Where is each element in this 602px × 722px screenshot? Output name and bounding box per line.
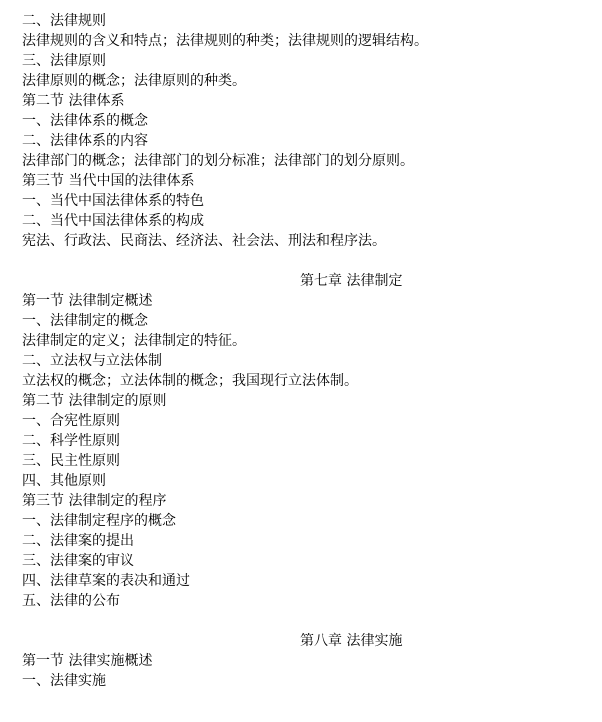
document-line: 法律原则的概念；法律原则的种类。 <box>22 71 594 91</box>
document-line: 一、法律制定程序的概念 <box>22 511 594 531</box>
chapter-heading: 第七章 法律制定 <box>22 271 594 291</box>
document-line: 三、民主性原则 <box>22 451 594 471</box>
document-line: 法律规则的含义和特点；法律规则的种类；法律规则的逻辑结构。 <box>22 31 594 51</box>
document-line: 二、法律规则 <box>22 11 594 31</box>
document-line: 第二节 法律制定的原则 <box>22 391 594 411</box>
document-line: 第三节 法律制定的程序 <box>22 491 594 511</box>
document-line: 宪法、行政法、民商法、经济法、社会法、刑法和程序法。 <box>22 231 594 251</box>
blank-line <box>22 611 594 631</box>
document-line: 三、法律原则 <box>22 51 594 71</box>
document-line: 二、法律案的提出 <box>22 531 594 551</box>
document-line: 一、合宪性原则 <box>22 411 594 431</box>
document-line: 一、当代中国法律体系的特色 <box>22 191 594 211</box>
blank-line <box>22 251 594 271</box>
document-line: 第三节 当代中国的法律体系 <box>22 171 594 191</box>
document-line: 法律制定的定义；法律制定的特征。 <box>22 331 594 351</box>
document-line: 二、法律体系的内容 <box>22 131 594 151</box>
document-line: 第一节 法律实施概述 <box>22 651 594 671</box>
document-line: 一、法律体系的概念 <box>22 111 594 131</box>
chapter-heading: 第八章 法律实施 <box>22 631 594 651</box>
document-line: 三、法律案的审议 <box>22 551 594 571</box>
document-lines: 二、法律规则法律规则的含义和特点；法律规则的种类；法律规则的逻辑结构。三、法律原… <box>22 11 594 691</box>
document-line: 立法权的概念；立法体制的概念；我国现行立法体制。 <box>22 371 594 391</box>
document-page: 二、法律规则法律规则的含义和特点；法律规则的种类；法律规则的逻辑结构。三、法律原… <box>0 0 602 722</box>
document-line: 法律部门的概念；法律部门的划分标准；法律部门的划分原则。 <box>22 151 594 171</box>
document-line: 二、立法权与立法体制 <box>22 351 594 371</box>
document-line: 五、法律的公布 <box>22 591 594 611</box>
document-line: 第二节 法律体系 <box>22 91 594 111</box>
document-line: 四、其他原则 <box>22 471 594 491</box>
document-line: 一、法律实施 <box>22 671 594 691</box>
document-line: 一、法律制定的概念 <box>22 311 594 331</box>
document-line: 二、科学性原则 <box>22 431 594 451</box>
document-line: 二、当代中国法律体系的构成 <box>22 211 594 231</box>
document-line: 第一节 法律制定概述 <box>22 291 594 311</box>
document-line: 四、法律草案的表决和通过 <box>22 571 594 591</box>
